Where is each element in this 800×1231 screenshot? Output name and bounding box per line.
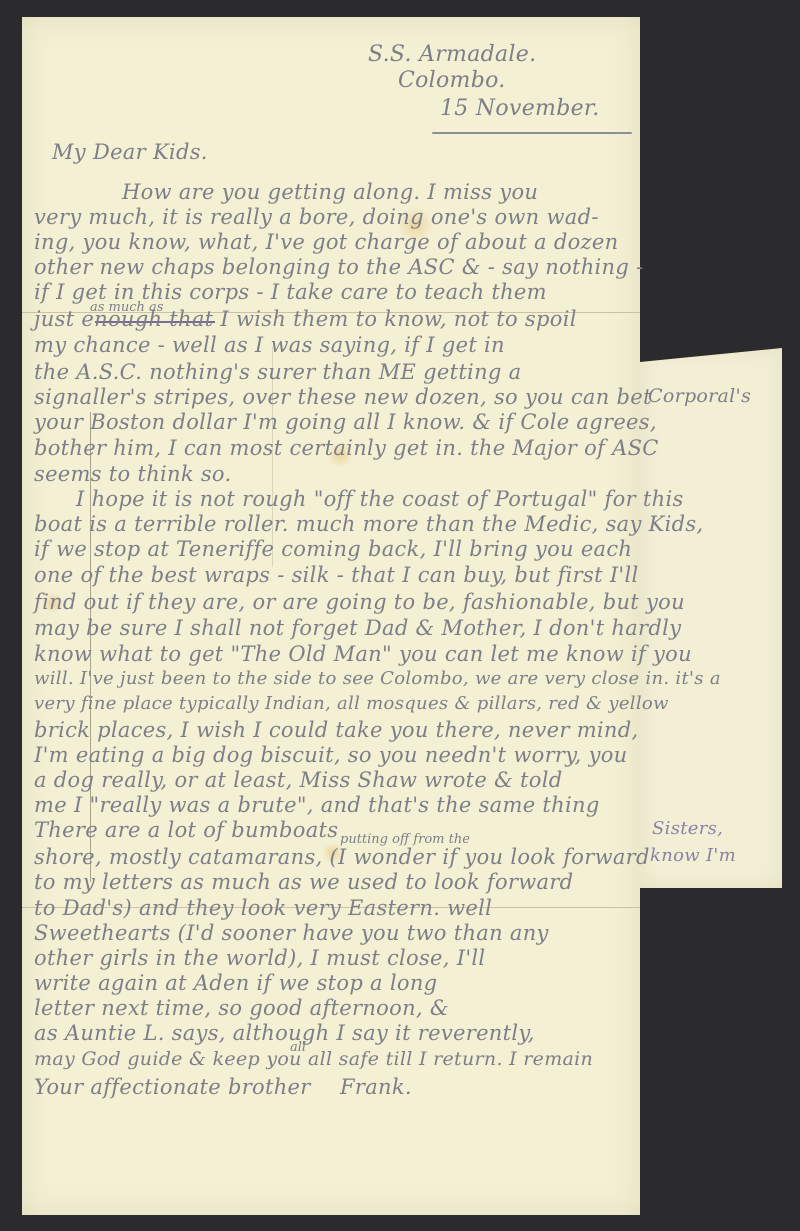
letter-line: a dog really, or at least, Miss Shaw wro… [34, 768, 563, 792]
letter-line: I'm eating a big dog biscuit, so you nee… [34, 743, 628, 767]
letter-line: very much, it is really a bore, doing on… [34, 205, 599, 229]
letter-line: ing, you know, what, I've got charge of … [34, 230, 618, 254]
letter-line: just enough that I wish them to know, no… [34, 307, 577, 331]
letter-line: the A.S.C. nothing's surer than ME getti… [34, 360, 521, 384]
letter-line: may God guide & keep you all safe till I… [34, 1048, 593, 1070]
letter-line: may be sure I shall not forget Dad & Mot… [34, 616, 681, 640]
letter-line: write again at Aden if we stop a long [34, 971, 437, 995]
letter-line: me I "really was a brute", and that's th… [34, 793, 600, 817]
ship-name: S.S. Armadale. [368, 42, 536, 67]
flap-line: Corporal's [648, 385, 751, 407]
letter-line: very fine place typically Indian, all mo… [34, 693, 669, 714]
letter-line: if we stop at Teneriffe coming back, I'l… [34, 537, 632, 561]
letter-line: other girls in the world), I must close,… [34, 946, 485, 970]
letter-line: Your affectionate brother [34, 1075, 311, 1099]
letter-line: know what to get "The Old Man" you can l… [34, 642, 692, 666]
letter-line: my chance - well as I was saying, if I g… [34, 333, 505, 357]
place-name: Colombo. [398, 68, 506, 93]
flap-line: Sisters, [652, 818, 723, 839]
letter-line: your Boston dollar I'm going all I know.… [34, 410, 657, 434]
letter-line: signaller's stripes, over these new doze… [34, 385, 652, 409]
letter-line: shore, mostly catamarans, (I wonder if y… [34, 845, 650, 869]
letter-line: bother him, I can most certainly get in.… [34, 436, 659, 460]
letter-line: seems to think so. [34, 462, 232, 486]
letter-line: Sweethearts (I'd sooner have you two tha… [34, 921, 549, 945]
letter-line: letter next time, so good afternoon, & [34, 996, 449, 1020]
salutation: My Dear Kids. [52, 140, 208, 164]
letter-line: I hope it is not rough "off the coast of… [76, 487, 684, 511]
header-rule [432, 132, 632, 134]
letter-line: There are a lot of bumboats [34, 818, 338, 842]
letter-date: 15 November. [440, 96, 600, 121]
letter-line: other new chaps belonging to the ASC & -… [34, 255, 644, 279]
letter-line: to Dad's) and they look very Eastern. we… [34, 896, 492, 920]
letter-line: as Auntie L. says, although I say it rev… [34, 1021, 535, 1045]
letter-line: find out if they are, or are going to be… [34, 590, 685, 614]
signature: Frank. [340, 1075, 412, 1099]
letter-line: How are you getting along. I miss you [122, 180, 538, 204]
letter-line: boat is a terrible roller. much more tha… [34, 512, 703, 536]
letter-line: to my letters as much as we used to look… [34, 870, 573, 894]
letter-line: brick places, I wish I could take you th… [34, 718, 638, 742]
flap-line: know I'm [650, 845, 736, 866]
letter-line: will. I've just been to the side to see … [34, 668, 721, 689]
letter-line: one of the best wraps - silk - that I ca… [34, 563, 639, 587]
